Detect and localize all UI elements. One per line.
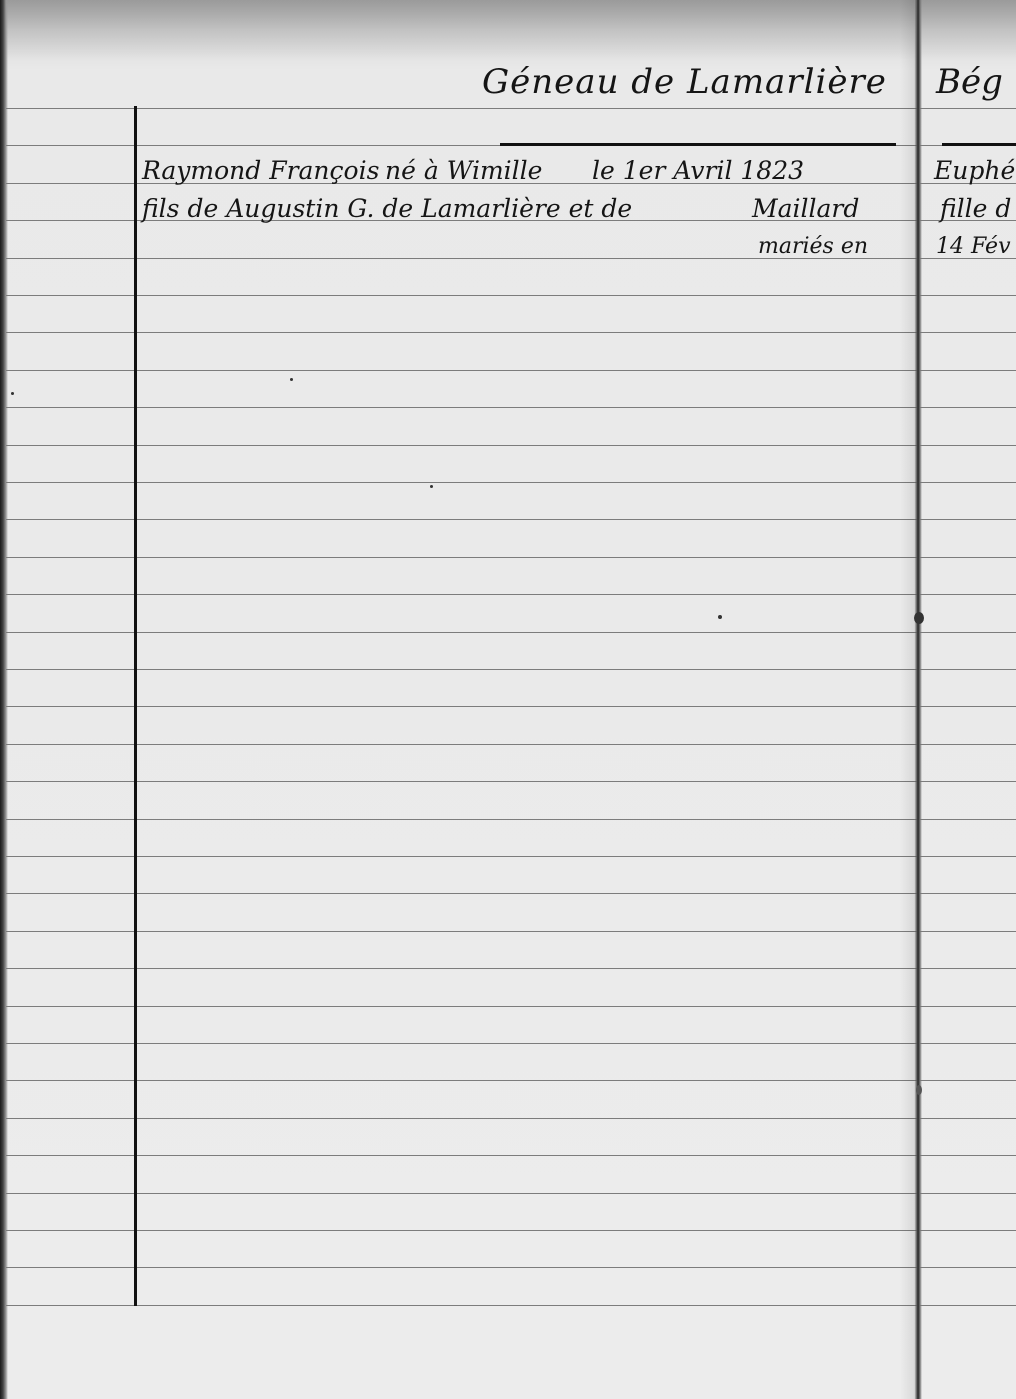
right-page-heading: Bég — [936, 62, 1003, 102]
right-entry-line-1: Euphé — [934, 156, 1015, 185]
margin-rule — [134, 106, 137, 1306]
ruled-line — [6, 1080, 1016, 1081]
ruled-line — [6, 482, 1016, 483]
ruled-line — [6, 706, 1016, 707]
register-page: Géneau de Lamarlière Raymond François né… — [0, 0, 1016, 1399]
ruled-line — [6, 1118, 1016, 1119]
entry-mother-surname: Maillard — [752, 194, 859, 223]
ruled-line — [6, 819, 1016, 820]
ruled-line — [6, 594, 1016, 595]
ruled-line — [6, 1267, 1016, 1268]
entry-married: mariés en — [758, 234, 868, 259]
ruled-line — [6, 856, 1016, 857]
paper-speck — [290, 378, 293, 381]
right-heading-underline — [942, 143, 1016, 146]
ruled-line — [6, 407, 1016, 408]
ruled-line — [6, 445, 1016, 446]
heading-underline — [500, 143, 896, 146]
ruled-line — [6, 669, 1016, 670]
ruled-line — [6, 519, 1016, 520]
entry-names: Raymond François — [142, 156, 379, 185]
page-heading: Géneau de Lamarlière — [482, 62, 887, 102]
top-shadow — [0, 0, 1016, 60]
ruled-line — [6, 781, 1016, 782]
ruled-line — [6, 1193, 1016, 1194]
ink-blot — [914, 612, 924, 624]
paper-speck — [430, 485, 433, 488]
entry-parents: fils de Augustin G. de Lamarlière et de — [142, 194, 632, 223]
ruled-line — [6, 108, 1016, 109]
ruled-line — [6, 370, 1016, 371]
paper-speck — [11, 392, 14, 395]
ruled-line — [6, 1006, 1016, 1007]
ruled-line — [6, 931, 1016, 932]
ruled-line — [6, 1155, 1016, 1156]
ruled-line — [6, 632, 1016, 633]
right-entry-line-3: 14 Fév — [936, 234, 1011, 259]
ruled-line — [6, 1230, 1016, 1231]
right-entry-line-2: fille d — [940, 194, 1011, 223]
paper-speck — [718, 615, 722, 619]
left-page-edge — [0, 0, 8, 1399]
ruled-line — [6, 332, 1016, 333]
ruled-line — [6, 557, 1016, 558]
ruled-line — [6, 1305, 1016, 1306]
entry-birthdate: le 1er Avril 1823 — [592, 156, 804, 185]
entry-birthplace: né à Wimille — [385, 156, 542, 185]
ink-blot — [916, 1085, 922, 1095]
binding-gutter — [914, 0, 922, 1399]
ruled-line — [6, 744, 1016, 745]
ruled-line — [6, 968, 1016, 969]
ruled-line — [6, 1043, 1016, 1044]
ruled-line — [6, 295, 1016, 296]
binding-shadow — [900, 0, 914, 1399]
ruled-line — [6, 893, 1016, 894]
